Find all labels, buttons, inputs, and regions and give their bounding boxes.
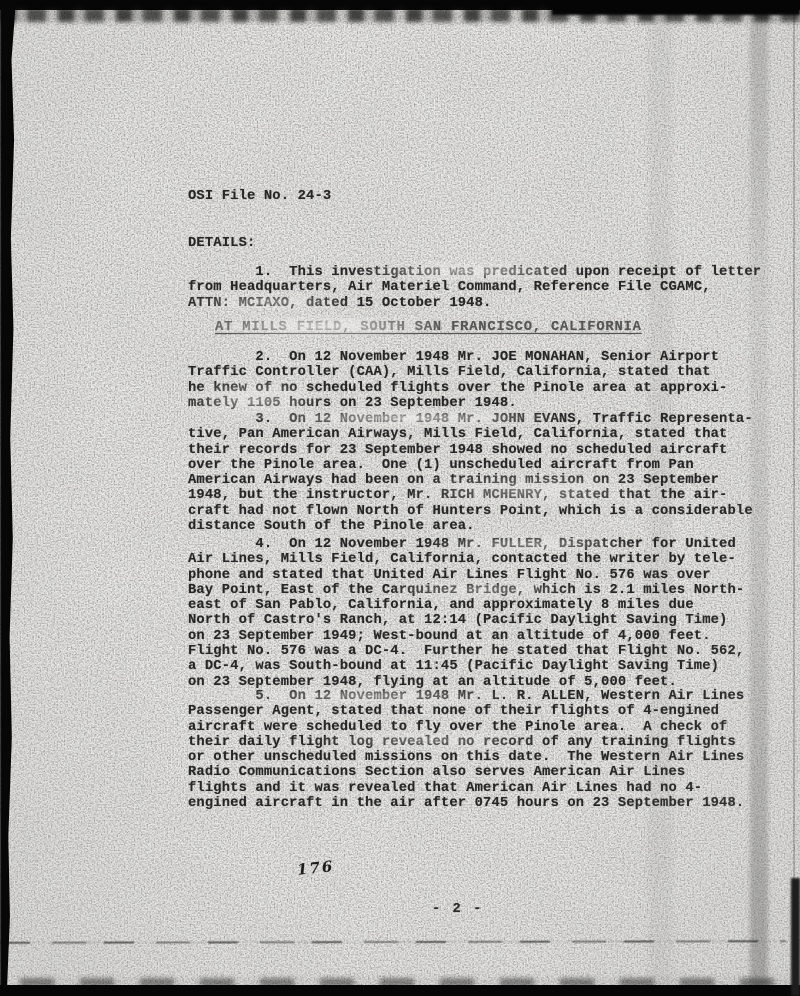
details-label: DETAILS: bbox=[188, 236, 255, 251]
paragraph-1: 1. This investigation was predicated upo… bbox=[188, 265, 761, 311]
paragraph-5: 5. On 12 November 1948 Mr. L. R. ALLEN, … bbox=[188, 689, 744, 811]
scanned-document-page: OSI File No. 24-3 DETAILS: 1. This inves… bbox=[0, 0, 800, 996]
section-heading: AT MILLS FIELD, SOUTH SAN FRANCISCO, CAL… bbox=[215, 320, 642, 335]
page-number: - 2 - bbox=[432, 902, 483, 917]
paragraph-2: 2. On 12 November 1948 Mr. JOE MONAHAN, … bbox=[188, 350, 728, 411]
paragraph-3: 3. On 12 November 1948 Mr. JOHN EVANS, T… bbox=[188, 412, 753, 534]
handwritten-page-note: 176 bbox=[296, 857, 335, 879]
paragraph-4: 4. On 12 November 1948 Mr. FULLER, Dispa… bbox=[188, 537, 744, 690]
document-content: OSI File No. 24-3 DETAILS: 1. This inves… bbox=[0, 0, 800, 996]
file-number: OSI File No. 24-3 bbox=[188, 189, 331, 204]
